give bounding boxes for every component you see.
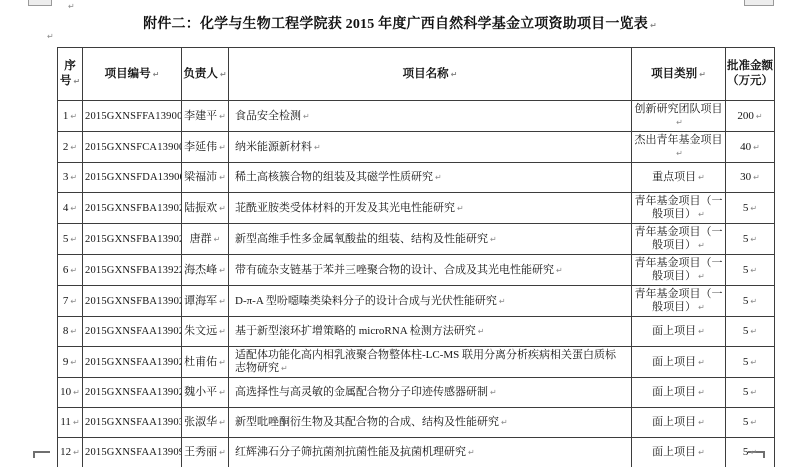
pilcrow-mark: ↵ — [219, 418, 226, 427]
pilcrow-mark: ↵ — [676, 118, 683, 127]
cell-text: 2015GXNSFAA139029 — [85, 387, 182, 398]
header-row: 序号↵ 项目编号↵ 负责人↵ 项目名称↵ 项目类别↵ 批准金额（万元）↵ — [58, 48, 775, 101]
pilcrow-mark: ↵ — [753, 143, 760, 152]
cell-leader: 朱文远↵ — [182, 317, 229, 347]
cell-text: 纳米能源新材料 — [235, 141, 312, 153]
clipped-ui-remnant-left — [28, 0, 52, 6]
cell-text: 5 — [743, 446, 749, 458]
cell-text: 2 — [63, 141, 69, 153]
cell-text: 青年基金项目（一般项目） — [635, 195, 723, 220]
text-boundary-corner-left — [33, 451, 50, 458]
cell-text: 新型吡唑酮衍生物及其配合物的合成、结构及性能研究 — [235, 416, 499, 428]
pilcrow-mark: ↵ — [478, 327, 485, 336]
header-label: 项目编号 — [105, 68, 151, 80]
cell-amount: 30↵↵ — [726, 163, 775, 193]
pilcrow-mark: ↵ — [499, 297, 506, 306]
column-header-code: 项目编号↵ — [83, 48, 182, 101]
cell-text: 朱文远 — [184, 325, 217, 337]
document-title-text: 附件二：化学与生物工程学院获 2015 年度广西自然科学基金立项资助项目一览表 — [143, 17, 648, 32]
pilcrow-mark: ↵ — [556, 266, 563, 275]
pilcrow-mark: ↵ — [70, 297, 77, 306]
table-row: 1↵2015GXNSFFA139005↵李建平↵食品安全检测↵创新研究团队项目↵… — [58, 101, 775, 132]
cell-text: 11 — [60, 416, 71, 428]
cell-no: 12↵ — [58, 438, 83, 467]
cell-category: 面上项目↵ — [632, 317, 726, 347]
document-title: 附件二：化学与生物工程学院获 2015 年度广西自然科学基金立项资助项目一览表↵ — [0, 13, 800, 33]
pilcrow-mark: ↵ — [490, 388, 497, 397]
cell-amount: 5↵↵ — [726, 193, 775, 224]
column-header-no: 序号↵ — [58, 48, 83, 101]
cell-category: 青年基金项目（一般项目）↵ — [632, 193, 726, 224]
cell-text: 5 — [743, 325, 749, 337]
cell-no: 6↵ — [58, 255, 83, 286]
pilcrow-mark: ↵ — [750, 388, 757, 397]
pilcrow-mark: ↵ — [457, 204, 464, 213]
cell-name: 基于新型滚环扩增策略的 microRNA 检测方法研究↵ — [229, 317, 632, 347]
cell-text: 面上项目 — [652, 416, 696, 428]
column-header-leader: 负责人↵ — [182, 48, 229, 101]
cell-text: 8 — [63, 325, 69, 337]
cell-text: 5 — [743, 264, 749, 276]
cell-text: 谭海军 — [184, 295, 217, 307]
pilcrow-mark: ↵ — [698, 173, 705, 182]
cell-text: 5 — [63, 233, 69, 245]
pilcrow-mark: ↵ — [219, 204, 226, 213]
pilcrow-mark: ↵ — [676, 149, 683, 158]
cell-leader: 杜甫佑↵ — [182, 347, 229, 378]
cell-code: 2015GXNSFCA139006↵ — [83, 132, 182, 163]
pilcrow-mark: ↵ — [698, 358, 705, 367]
cell-code: 2015GXNSFAA139031↵ — [83, 408, 182, 438]
cell-text: 7 — [63, 295, 69, 307]
table-row: 5↵2015GXNSFBA139024↵唐群↵新型高维手性多金属氧酸盐的组装、结… — [58, 224, 775, 255]
pilcrow-mark: ↵ — [219, 143, 226, 152]
cell-category: 面上项目↵ — [632, 438, 726, 467]
cell-text: 适配体功能化高内相乳液聚合物整体柱-LC-MS 联用分离分析疾病相关蛋白质标志物… — [235, 349, 616, 374]
cell-text: 带有硫杂支链基于苯并三唑聚合物的设计、合成及其光电性能研究 — [235, 264, 554, 276]
cell-name: 高选择性与高灵敏的金属配合物分子印迹传感器研制↵ — [229, 378, 632, 408]
cell-text: 李建平 — [184, 110, 217, 122]
pilcrow-mark: ↵ — [70, 235, 77, 244]
pilcrow-mark: ↵ — [750, 204, 757, 213]
cell-text: 苝酰亚胺类受体材料的开发及其光电性能研究 — [235, 202, 455, 214]
pilcrow-mark: ↵ — [281, 364, 288, 373]
cell-no: 1↵ — [58, 101, 83, 132]
cell-amount: 40↵↵ — [726, 132, 775, 163]
cell-text: 2015GXNSFAA139031 — [85, 417, 182, 428]
pilcrow-mark: ↵ — [750, 297, 757, 306]
cell-amount: 5↵↵ — [726, 408, 775, 438]
cell-code: 2015GXNSFBA139029↵ — [83, 286, 182, 317]
cell-text: 2015GXNSFDA139007 — [85, 172, 182, 183]
table-row: 12↵2015GXNSFAA139094↵王秀丽↵红辉沸石分子筛抗菌剂抗菌性能及… — [58, 438, 775, 467]
pilcrow-mark: ↵ — [750, 327, 757, 336]
cell-category: 青年基金项目（一般项目）↵ — [632, 286, 726, 317]
pilcrow-mark: ↵ — [698, 241, 705, 250]
cell-text: 面上项目 — [652, 356, 696, 368]
cell-text: 6 — [63, 264, 69, 276]
cell-text: 3 — [63, 171, 69, 183]
cell-text: 2015GXNSFAA139094 — [85, 447, 182, 458]
cell-leader: 谭海军↵ — [182, 286, 229, 317]
cell-text: 创新研究团队项目 — [635, 103, 723, 115]
cell-amount: 200↵↵ — [726, 101, 775, 132]
pilcrow-mark: ↵ — [750, 235, 757, 244]
pilcrow-mark: ↵ — [699, 70, 706, 79]
table-row: 6↵2015GXNSFBA139228↵海杰峰↵带有硫杂支链基于苯并三唑聚合物的… — [58, 255, 775, 286]
cell-leader: 梁福沛↵ — [182, 163, 229, 193]
pilcrow-mark: ↵ — [70, 266, 77, 275]
cell-no: 5↵ — [58, 224, 83, 255]
pilcrow-mark: ↵ — [68, 3, 75, 11]
pilcrow-mark: ↵ — [73, 388, 80, 397]
cell-text: 基于新型滚环扩增策略的 microRNA 检测方法研究 — [235, 325, 476, 337]
cell-code: 2015GXNSFDA139007↵ — [83, 163, 182, 193]
cell-text: 魏小平 — [184, 386, 217, 398]
cell-text: 1 — [63, 110, 69, 122]
cell-amount: 5↵↵ — [726, 255, 775, 286]
cell-leader: 魏小平↵ — [182, 378, 229, 408]
header-label: 项目类别 — [651, 68, 697, 80]
pilcrow-mark: ↵ — [698, 418, 705, 427]
cell-no: 4↵ — [58, 193, 83, 224]
pilcrow-mark: ↵ — [219, 358, 226, 367]
cell-text: 4 — [63, 202, 69, 214]
cell-no: 2↵ — [58, 132, 83, 163]
cell-amount: 5↵↵ — [726, 438, 775, 467]
cell-no: 8↵ — [58, 317, 83, 347]
table-row: 11↵2015GXNSFAA139031↵张淑华↵新型吡唑酮衍生物及其配合物的合… — [58, 408, 775, 438]
cell-text: 李延伟 — [184, 141, 217, 153]
column-header-amount: 批准金额（万元）↵ — [726, 48, 775, 101]
pilcrow-mark: ↵ — [698, 210, 705, 219]
pilcrow-mark: ↵ — [451, 70, 458, 79]
cell-name: 纳米能源新材料↵ — [229, 132, 632, 163]
table-row: 10↵2015GXNSFAA139029↵魏小平↵高选择性与高灵敏的金属配合物分… — [58, 378, 775, 408]
cell-text: 2015GXNSFAA139020 — [85, 326, 182, 337]
clipped-ui-remnant-right — [744, 0, 774, 6]
cell-no: 11↵ — [58, 408, 83, 438]
cell-text: 面上项目 — [652, 325, 696, 337]
cell-name: 新型高维手性多金属氧酸盐的组装、结构及性能研究↵ — [229, 224, 632, 255]
document-page: { "formatting_mark": "↵", "page": { "tit… — [0, 0, 800, 467]
pilcrow-mark: ↵ — [219, 173, 226, 182]
table-row: 3↵2015GXNSFDA139007↵梁福沛↵稀土高核簇合物的组装及其磁学性质… — [58, 163, 775, 193]
cell-text: 杜甫佑 — [184, 356, 217, 368]
cell-text: 200 — [737, 110, 754, 122]
cell-leader: 唐群↵ — [182, 224, 229, 255]
pilcrow-mark: ↵ — [73, 418, 80, 427]
pilcrow-mark: ↵ — [490, 235, 497, 244]
pilcrow-mark: ↵ — [698, 327, 705, 336]
cell-code: 2015GXNSFBA139021↵ — [83, 193, 182, 224]
table-body: 1↵2015GXNSFFA139005↵李建平↵食品安全检测↵创新研究团队项目↵… — [58, 101, 775, 467]
cell-text: 5 — [743, 416, 749, 428]
cell-category: 面上项目↵ — [632, 378, 726, 408]
pilcrow-mark: ↵ — [219, 297, 226, 306]
cell-code: 2015GXNSFAA139029↵ — [83, 378, 182, 408]
pilcrow-mark: ↵ — [70, 173, 77, 182]
column-header-category: 项目类别↵ — [632, 48, 726, 101]
table-row: 7↵2015GXNSFBA139029↵谭海军↵D-π-A 型吩噁嗪类染料分子的… — [58, 286, 775, 317]
cell-leader: 张淑华↵ — [182, 408, 229, 438]
column-header-name: 项目名称↵ — [229, 48, 632, 101]
cell-category: 青年基金项目（一般项目）↵ — [632, 224, 726, 255]
pilcrow-mark: ↵ — [219, 266, 226, 275]
pilcrow-mark: ↵ — [501, 418, 508, 427]
pilcrow-mark: ↵ — [435, 173, 442, 182]
cell-name: 适配体功能化高内相乳液聚合物整体柱-LC-MS 联用分离分析疾病相关蛋白质标志物… — [229, 347, 632, 378]
pilcrow-mark: ↵ — [70, 358, 77, 367]
pilcrow-mark: ↵ — [70, 143, 77, 152]
cell-no: 3↵ — [58, 163, 83, 193]
table-row: 9↵2015GXNSFAA139024↵杜甫佑↵适配体功能化高内相乳液聚合物整体… — [58, 347, 775, 378]
cell-text: 稀土高核簇合物的组装及其磁学性质研究 — [235, 171, 433, 183]
pilcrow-mark: ↵ — [698, 388, 705, 397]
table-row: 4↵2015GXNSFBA139021↵陆振欢↵苝酰亚胺类受体材料的开发及其光电… — [58, 193, 775, 224]
pilcrow-mark: ↵ — [698, 448, 705, 457]
cell-text: 5 — [743, 356, 749, 368]
cell-text: 30 — [740, 171, 751, 183]
cell-text: 5 — [743, 233, 749, 245]
cell-text: 9 — [63, 356, 69, 368]
projects-table: 序号↵ 项目编号↵ 负责人↵ 项目名称↵ 项目类别↵ 批准金额（万元）↵ 1↵2… — [57, 47, 775, 467]
pilcrow-mark: ↵ — [756, 112, 763, 121]
pilcrow-mark: ↵ — [698, 303, 705, 312]
pilcrow-mark: ↵ — [70, 112, 77, 121]
cell-text: 40 — [740, 141, 751, 153]
pilcrow-mark: ↵ — [750, 266, 757, 275]
pilcrow-mark: ↵ — [153, 70, 160, 79]
pilcrow-mark: ↵ — [698, 272, 705, 281]
cell-text: 青年基金项目（一般项目） — [635, 257, 723, 282]
cell-text: 5 — [743, 386, 749, 398]
cell-no: 10↵ — [58, 378, 83, 408]
cell-category: 面上项目↵ — [632, 347, 726, 378]
cell-text: 面上项目 — [652, 386, 696, 398]
cell-text: 面上项目 — [652, 446, 696, 458]
cell-code: 2015GXNSFBA139228↵ — [83, 255, 182, 286]
cell-leader: 海杰峰↵ — [182, 255, 229, 286]
cell-code: 2015GXNSFAA139024↵ — [83, 347, 182, 378]
cell-text: 2015GXNSFBA139029 — [85, 296, 182, 307]
cell-text: 2015GXNSFBA139024 — [85, 234, 182, 245]
cell-code: 2015GXNSFBA139024↵ — [83, 224, 182, 255]
cell-name: 红辉沸石分子筛抗菌剂抗菌性能及抗菌机理研究↵ — [229, 438, 632, 467]
cell-leader: 王秀丽↵ — [182, 438, 229, 467]
cell-leader: 陆振欢↵ — [182, 193, 229, 224]
cell-text: 5 — [743, 295, 749, 307]
cell-leader: 李延伟↵ — [182, 132, 229, 163]
pilcrow-mark: ↵ — [468, 448, 475, 457]
pilcrow-mark: ↵ — [314, 143, 321, 152]
cell-name: 稀土高核簇合物的组装及其磁学性质研究↵ — [229, 163, 632, 193]
header-label: 项目名称 — [403, 68, 449, 80]
cell-amount: 5↵↵ — [726, 224, 775, 255]
cell-text: 唐群 — [190, 233, 212, 245]
cell-name: 食品安全检测↵ — [229, 101, 632, 132]
pilcrow-mark: ↵ — [650, 21, 657, 30]
header-label: 负责人 — [183, 68, 218, 80]
cell-no: 9↵ — [58, 347, 83, 378]
cell-name: 带有硫杂支链基于苯并三唑聚合物的设计、合成及其光电性能研究↵ — [229, 255, 632, 286]
cell-name: 新型吡唑酮衍生物及其配合物的合成、结构及性能研究↵ — [229, 408, 632, 438]
cell-text: 2015GXNSFCA139006 — [85, 142, 182, 153]
table-row: 8↵2015GXNSFAA139020↵朱文远↵基于新型滚环扩增策略的 micr… — [58, 317, 775, 347]
pilcrow-mark: ↵ — [219, 327, 226, 336]
cell-name: D-π-A 型吩噁嗪类染料分子的设计合成与光伏性能研究↵ — [229, 286, 632, 317]
pilcrow-mark: ↵ — [219, 112, 226, 121]
cell-text: D-π-A 型吩噁嗪类染料分子的设计合成与光伏性能研究 — [235, 295, 497, 307]
cell-code: 2015GXNSFAA139094↵ — [83, 438, 182, 467]
pilcrow-mark: ↵ — [70, 204, 77, 213]
pilcrow-mark: ↵ — [47, 33, 54, 41]
pilcrow-mark: ↵ — [214, 235, 221, 244]
pilcrow-mark: ↵ — [750, 448, 757, 457]
cell-amount: 5↵↵ — [726, 378, 775, 408]
cell-text: 2015GXNSFFA139005 — [85, 111, 182, 122]
cell-name: 苝酰亚胺类受体材料的开发及其光电性能研究↵ — [229, 193, 632, 224]
cell-text: 杰出青年基金项目 — [635, 134, 723, 146]
pilcrow-mark: ↵ — [750, 418, 757, 427]
cell-text: 5 — [743, 202, 749, 214]
cell-text: 10 — [60, 386, 71, 398]
cell-category: 杰出青年基金项目↵ — [632, 132, 726, 163]
cell-category: 面上项目↵ — [632, 408, 726, 438]
pilcrow-mark: ↵ — [750, 358, 757, 367]
pilcrow-mark: ↵ — [403, 450, 410, 458]
cell-text: 王秀丽 — [184, 446, 217, 458]
pilcrow-mark: ↵ — [220, 70, 227, 79]
cell-amount: 5↵↵ — [726, 317, 775, 347]
table-header: 序号↵ 项目编号↵ 负责人↵ 项目名称↵ 项目类别↵ 批准金额（万元）↵ — [58, 48, 775, 101]
table-row: 2↵2015GXNSFCA139006↵李延伟↵纳米能源新材料↵杰出青年基金项目… — [58, 132, 775, 163]
cell-text: 新型高维手性多金属氧酸盐的组装、结构及性能研究 — [235, 233, 488, 245]
pilcrow-mark: ↵ — [70, 327, 77, 336]
cell-category: 创新研究团队项目↵ — [632, 101, 726, 132]
cell-text: 张淑华 — [184, 416, 217, 428]
pilcrow-mark: ↵ — [73, 77, 80, 86]
cell-text: 2015GXNSFAA139024 — [85, 357, 182, 368]
cell-text: 青年基金项目（一般项目） — [635, 226, 723, 251]
cell-category: 青年基金项目（一般项目）↵ — [632, 255, 726, 286]
pilcrow-mark: ↵ — [73, 448, 80, 457]
cell-text: 海杰峰 — [184, 264, 217, 276]
cell-leader: 李建平↵ — [182, 101, 229, 132]
cell-text: 陆振欢 — [184, 202, 217, 214]
cell-text: 重点项目 — [652, 171, 696, 183]
cell-text: 梁福沛 — [184, 171, 217, 183]
pilcrow-mark: ↵ — [303, 112, 310, 121]
cell-text: 红辉沸石分子筛抗菌剂抗菌性能及抗菌机理研究 — [235, 446, 466, 458]
cell-text: 食品安全检测 — [235, 110, 301, 122]
cell-text: 2015GXNSFBA139228 — [85, 265, 182, 276]
cell-text: 高选择性与高灵敏的金属配合物分子印迹传感器研制 — [235, 386, 488, 398]
cell-text: 12 — [60, 446, 71, 458]
cell-category: 重点项目↵ — [632, 163, 726, 193]
cell-amount: 5↵↵ — [726, 286, 775, 317]
cell-text: 2015GXNSFBA139021 — [85, 203, 182, 214]
cell-code: 2015GXNSFFA139005↵ — [83, 101, 182, 132]
cell-no: 7↵ — [58, 286, 83, 317]
cell-code: 2015GXNSFAA139020↵ — [83, 317, 182, 347]
cell-text: 青年基金项目（一般项目） — [635, 288, 723, 313]
cell-amount: 5↵↵ — [726, 347, 775, 378]
pilcrow-mark: ↵ — [219, 448, 226, 457]
pilcrow-mark: ↵ — [219, 388, 226, 397]
header-label: 批准金额（万元） — [727, 60, 773, 87]
pilcrow-mark: ↵ — [753, 173, 760, 182]
